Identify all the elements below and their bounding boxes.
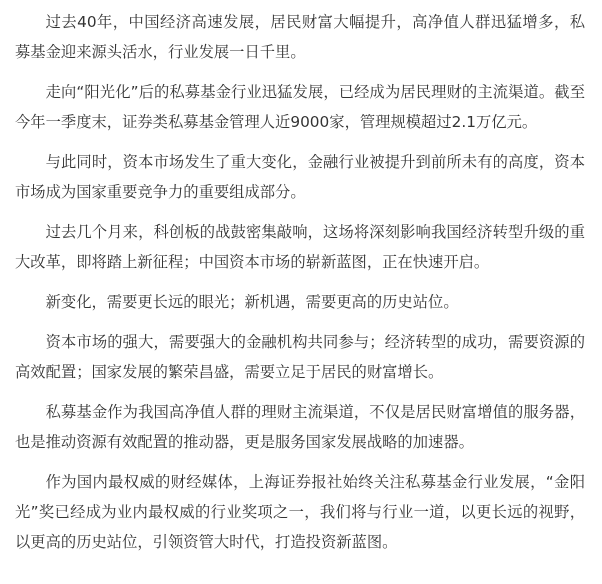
paragraph-5: 新变化，需要更长远的眼光；新机遇，需要更高的历史站位。 bbox=[15, 287, 585, 317]
paragraph-7: 私募基金作为我国高净值人群的理财主流渠道，不仅是居民财富增值的服务器，也是推动资… bbox=[15, 397, 585, 457]
paragraph-1: 过去40年，中国经济高速发展，居民财富大幅提升，高净值人群迅猛增多，私募基金迎来… bbox=[15, 7, 585, 67]
paragraph-6: 资本市场的强大，需要强大的金融机构共同参与；经济转型的成功，需要资源的高效配置；… bbox=[15, 327, 585, 387]
paragraph-3: 与此同时，资本市场发生了重大变化，金融行业被提升到前所未有的高度，资本市场成为国… bbox=[15, 147, 585, 207]
article-body: 过去40年，中国经济高速发展，居民财富大幅提升，高净值人群迅猛增多，私募基金迎来… bbox=[0, 0, 602, 584]
paragraph-4: 过去几个月来，科创板的战鼓密集敲响，这场将深刻影响我国经济转型升级的重大改革，即… bbox=[15, 217, 585, 277]
paragraph-2: 走向“阳光化”后的私募基金行业迅猛发展，已经成为居民理财的主流渠道。截至今年一季… bbox=[15, 77, 585, 137]
paragraph-8: 作为国内最权威的财经媒体，上海证券报社始终关注私募基金行业发展，“金阳光”奖已经… bbox=[15, 467, 585, 557]
